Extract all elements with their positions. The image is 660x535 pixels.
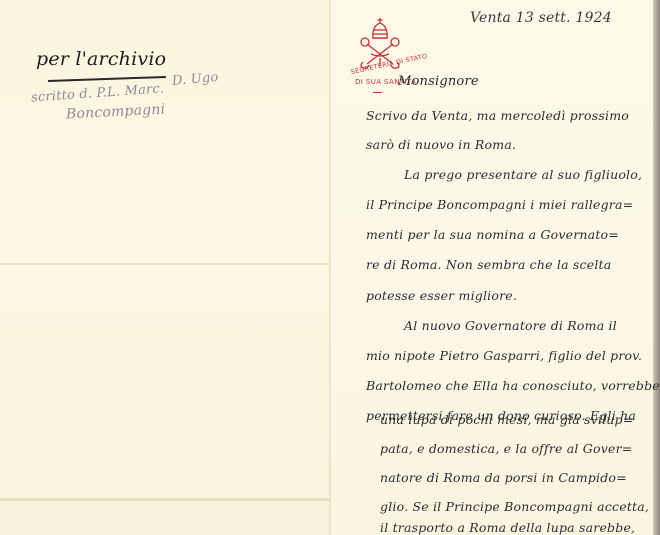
letter-line: il trasporto a Roma della lupa sarebbe, xyxy=(380,520,635,535)
center-fold xyxy=(329,0,331,535)
letter-line: re di Roma. Non sembra che la scelta xyxy=(366,257,611,272)
horizontal-fold-upper xyxy=(0,263,330,265)
page-edge-shadow xyxy=(653,0,660,535)
letter-line: Bartolomeo che Ella ha conosciuto, vorre… xyxy=(366,378,660,393)
letter-line: natore di Roma da porsi in Campido= xyxy=(380,470,627,485)
letter-line: Scrivo da Venta, ma mercoledì prossimo xyxy=(366,108,629,123)
horizontal-fold-lower xyxy=(0,498,330,501)
salutation: Monsignore xyxy=(398,74,479,89)
letter-line: una lupa di pochi mesi, ma già svilup= xyxy=(380,412,633,427)
letter-line: il Principe Boncompagni i miei rallegra= xyxy=(366,197,633,212)
letterhead-rule xyxy=(373,92,382,93)
letter-line: mio nipote Pietro Gasparri, figlio del p… xyxy=(366,348,642,363)
letter-line: potesse esser migliore. xyxy=(366,288,517,303)
letter-line: sarò di nuovo in Roma. xyxy=(366,137,516,152)
letter-date: Venta 13 sett. 1924 xyxy=(470,10,612,26)
letter-line: glio. Se il Principe Boncompagni accetta… xyxy=(380,499,649,514)
letter-line: Al nuovo Governatore di Roma il xyxy=(404,318,617,333)
letter-sheet: per l'archivio scritto d. P.L. Marc. D. … xyxy=(0,0,660,535)
letter-line: La prego presentare al suo figliuolo, xyxy=(404,167,642,182)
archive-note: per l'archivio xyxy=(36,48,166,70)
letter-line: menti per la sua nomina a Governato= xyxy=(366,227,619,242)
letter-line: pata, e domestica, e la offre al Gover= xyxy=(380,441,632,456)
